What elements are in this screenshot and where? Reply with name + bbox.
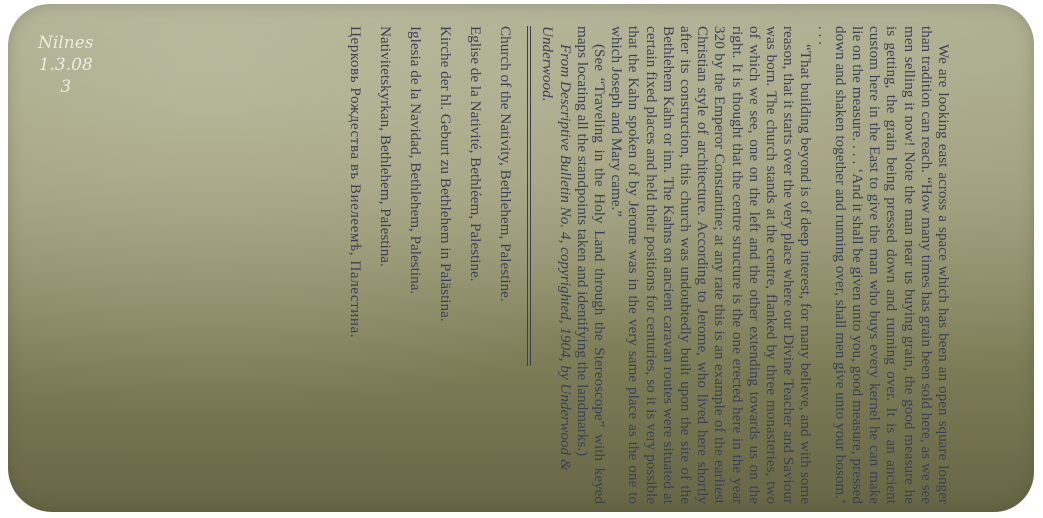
source-credit: From Descriptive Bulletin No. 4, copyrig… xyxy=(539,26,573,504)
title-french: Eglise de la Nativité, Bethléem, Palesti… xyxy=(464,26,487,504)
title-german: Kirche der hl. Geburt zu Bethlehem in Pa… xyxy=(434,26,457,504)
description-paragraph-2: “That building beyond is of deep interes… xyxy=(608,26,814,504)
title-english: Church of the Nativity, Bethlehem, Pales… xyxy=(494,26,517,504)
title-russian: Церковь Рождества въ Виелеемѣ, Палестина… xyxy=(344,26,367,504)
printed-text-block: We are looking east across a space which… xyxy=(120,12,970,512)
handwritten-date: 1.3.08 xyxy=(38,54,93,76)
handwritten-number: 3 xyxy=(38,76,93,98)
description-paragraph-1: We are looking east across a space which… xyxy=(814,26,952,504)
handwritten-note: Nilnes 1.3.08 3 xyxy=(38,32,93,98)
description-paragraph-3: (See “Traveling in the Holy Land through… xyxy=(574,26,608,504)
title-spanish: Iglesia de la Navidad, Bethlehem, Palest… xyxy=(404,26,427,504)
handwritten-name: Nilnes xyxy=(38,32,93,54)
title-swedish: Nativitetskyrkan, Bethlehem, Palestina. xyxy=(374,26,397,504)
double-rule-divider xyxy=(527,26,531,366)
